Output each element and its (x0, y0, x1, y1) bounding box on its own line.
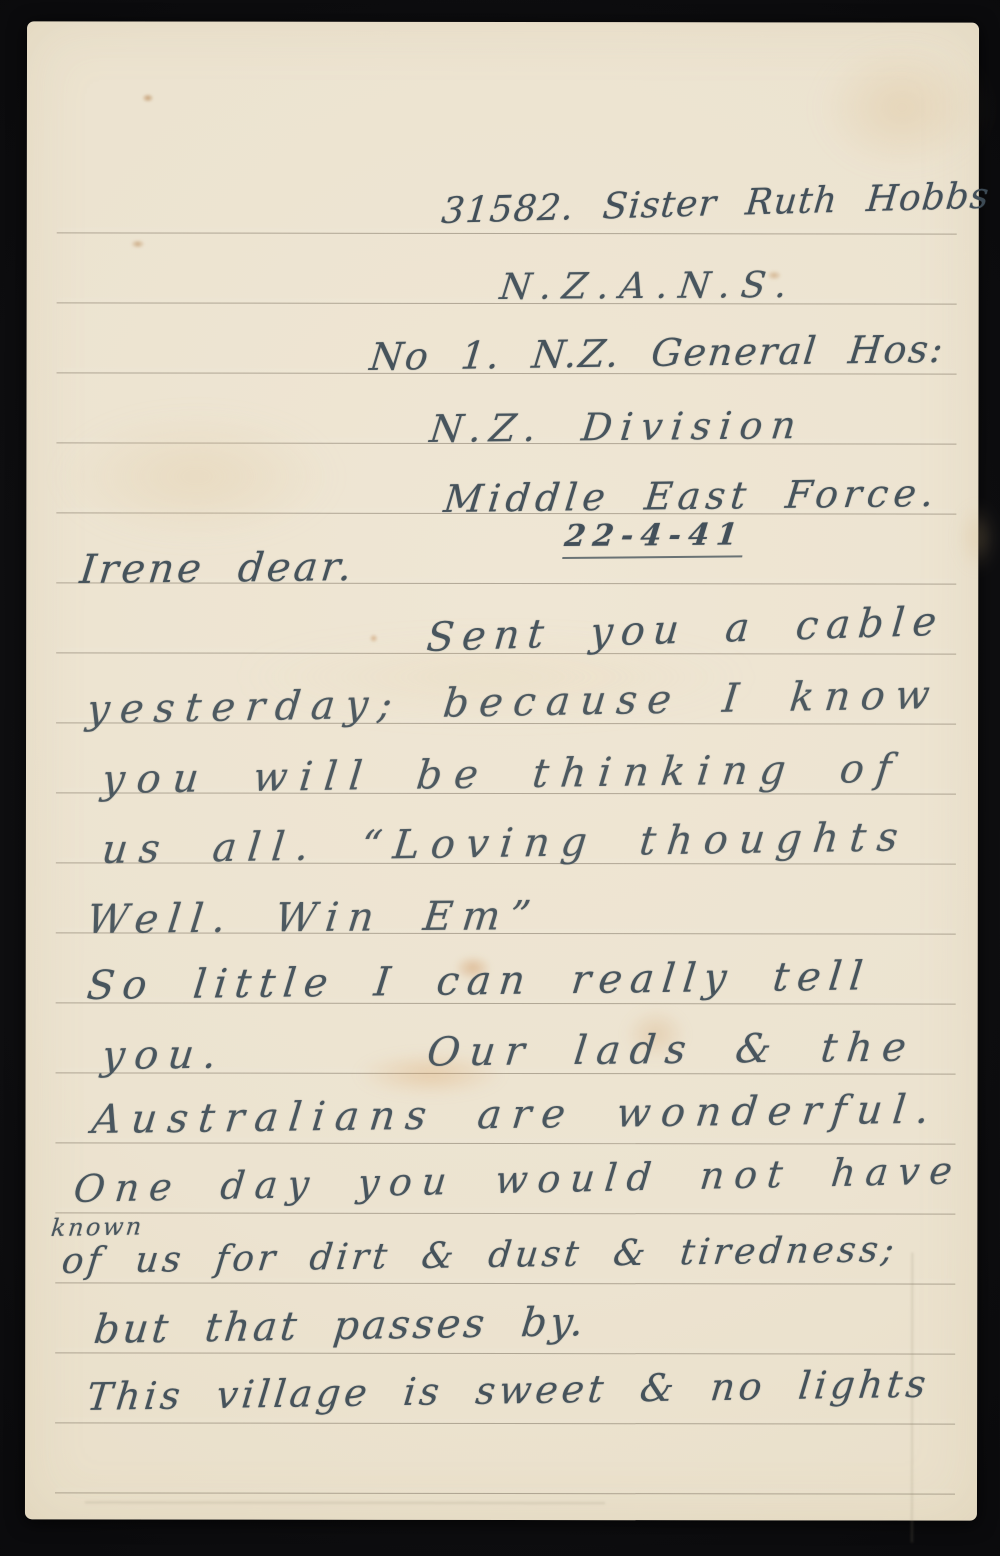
handwriting-line: known (50, 1214, 145, 1240)
handwriting-line: So little I can really tell (85, 956, 873, 1006)
handwriting-text: N.Z.A.N.S. (498, 265, 800, 308)
handwriting-line: Well. Win Em” (85, 896, 542, 940)
handwriting-line: No 1. N.Z. General Hos: (368, 330, 947, 376)
handwriting-line: N.Z.A.N.S. (498, 268, 800, 306)
handwriting-text: 22-4-41 (562, 517, 746, 559)
handwriting-line: This village is sweet & no lights (85, 1365, 931, 1416)
handwriting-line: Australians are wonderful. (90, 1090, 941, 1140)
handwriting-text: us all. “Loving thoughts (100, 814, 912, 873)
handwriting-line: 31582. Sister Ruth Hobbs (440, 179, 991, 230)
handwriting-line: One day you would not have (72, 1151, 964, 1208)
handwriting-text: you will be thinking of (100, 746, 906, 803)
handwriting-text: Middle East Force. (442, 471, 942, 521)
handwriting-layer: 31582. Sister Ruth HobbsN.Z.A.N.S.No 1. … (0, 0, 1000, 1556)
handwriting-text: No 1. N.Z. General Hos: (368, 327, 947, 379)
handwriting-text: This village is sweet & no lights (85, 1362, 932, 1419)
handwriting-text: 31582. Sister Ruth Hobbs (440, 176, 992, 232)
handwriting-text: Sent you a cable (425, 599, 947, 661)
handwriting-text: yesterday; because I know (85, 672, 943, 733)
handwriting-text: So little I can really tell (85, 953, 873, 1009)
handwriting-text: known (50, 1212, 145, 1242)
handwriting-text: of us for dirt & dust & tiredness; (60, 1229, 900, 1282)
handwriting-text: N.Z. Division (428, 403, 807, 451)
handwriting-text: Australians are wonderful. (90, 1087, 942, 1143)
handwriting-line: Irene dear. (78, 547, 357, 590)
handwriting-line: Sent you a cable (425, 602, 946, 658)
handwriting-text: Well. Win Em” (85, 893, 543, 943)
handwriting-line: Middle East Force. (442, 474, 941, 518)
handwriting-text: Irene dear. (78, 544, 358, 593)
photograph-background: 31582. Sister Ruth HobbsN.Z.A.N.S.No 1. … (0, 0, 1000, 1556)
handwriting-line: yesterday; because I know (85, 675, 942, 730)
handwriting-line: N.Z. Division (428, 406, 806, 448)
handwriting-line: of us for dirt & dust & tiredness; (60, 1232, 899, 1280)
handwriting-text: you. Our lads & the (100, 1024, 918, 1079)
handwriting-line: you will be thinking of (100, 749, 905, 800)
handwriting-line: 22-4-41 (563, 520, 746, 552)
handwriting-line: you. Our lads & the (100, 1027, 918, 1076)
handwriting-line: but that passes by. (92, 1302, 589, 1350)
handwriting-text: One day you would not have (72, 1148, 965, 1211)
handwriting-text: but that passes by. (92, 1299, 589, 1353)
handwriting-line: us all. “Loving thoughts (100, 817, 911, 870)
